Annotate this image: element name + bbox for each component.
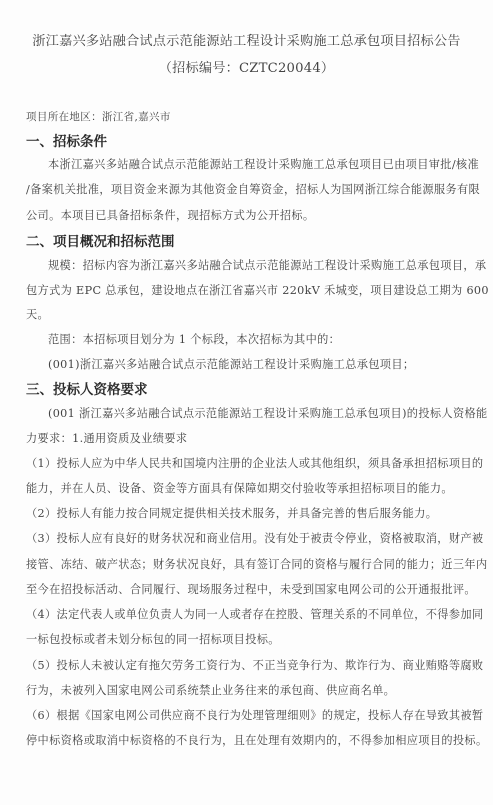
paragraph-line: 本浙江嘉兴多站融合试点示范能源站工程设计采购施工总承包项目已由项目审批/核准 xyxy=(48,156,479,172)
paragraph-line: （2）投标人有能力按合同规定提供相关技术服务，并具备完善的售后服务能力。 xyxy=(26,505,437,521)
paragraph-line: 能力，并在人员、设备、资金等方面具有保障如期交付验收等承担招标项目的能力。 xyxy=(26,480,453,496)
paragraph-line: 天。 xyxy=(26,306,49,322)
paragraph-line: 停中标资格或取消中标资格的不良行为，且在处理有效期内的，不得参加相应项目的投标。 xyxy=(26,732,488,748)
paragraph-line: （4）法定代表人或单位负责人为同一人或者存在控股、管理关系的不同单位，不得参加同 xyxy=(26,606,483,622)
paragraph-line: (001)浙江嘉兴多站融合试点示范能源站工程设计采购施工总承包项目； xyxy=(48,356,414,372)
paragraph-line: （5）投标人未被认定有拖欠劳务工资行为、不正当竞争行为、欺诈行为、商业贿赂等腐败 xyxy=(26,657,483,673)
tender-announcement-page: 浙江嘉兴多站融合试点示范能源站工程设计采购施工总承包项目招标公告 （招标编号：C… xyxy=(0,0,493,805)
paragraph-line: 公司。本项目已具备招标条件，现招标方式为公开招标。 xyxy=(26,207,314,223)
paragraph-line: 包方式为 EPC 总承包，建设地点在浙江省嘉兴市 220kV 禾城变，项目建设总… xyxy=(26,282,493,298)
paragraph-line: 至今在招投标活动、合同履行、现场服务过程中，未受到国家电网公司的公开通报批评。 xyxy=(26,581,476,597)
paragraph-line: (001 浙江嘉兴多站融合试点示范能源站工程设计采购施工总承包项目)的投标人资格… xyxy=(48,405,488,421)
paragraph-line: 规模：招标内容为浙江嘉兴多站融合试点示范能源站工程设计采购施工总承包项目，承 xyxy=(48,257,486,273)
paragraph-line: （1）投标人应为中华人民共和国境内注册的企业法人或其他组织，须具备承担招标项目的 xyxy=(26,455,483,471)
section-heading-bidding-conditions: 一、招标条件 xyxy=(26,130,107,150)
document-title: 浙江嘉兴多站融合试点示范能源站工程设计采购施工总承包项目招标公告 xyxy=(0,30,493,49)
section-heading-project-overview: 二、项目概况和招标范围 xyxy=(26,230,175,250)
paragraph-line: 范围：本招标项目划分为 1 个标段，本次招标为其中的： xyxy=(48,331,340,347)
bid-number: （招标编号：CZTC20044） xyxy=(0,57,493,76)
paragraph-line: 行为，未被列入国家电网公司系统禁止业务往来的承包商、供应商名单。 xyxy=(26,682,395,698)
paragraph-line: （3）投标人应有良好的财务状况和商业信用。没有处于被责令停业，资格被取消，财产被 xyxy=(26,530,483,546)
paragraph-line: /备案机关批准，项目资金来源为其他资金自筹资金，招标人为国网浙江综合能源服务有限 xyxy=(26,181,480,197)
project-location: 项目所在地区：浙江省,嘉兴市 xyxy=(26,109,171,124)
paragraph-line: （6）根据《国家电网公司供应商不良行为处理管理细则》的规定，投标人存在导致其被暂 xyxy=(26,707,483,723)
paragraph-line: 力要求：1.通用资质及业绩要求 xyxy=(26,430,187,446)
paragraph-line: 一标包投标或者未划分标包的同一招标项目投标。 xyxy=(26,631,280,647)
paragraph-line: 接管、冻结、破产状态；财务状况良好，具有签订合同的资格与履行合同的能力；近三年内 xyxy=(26,556,488,572)
section-heading-bidder-qualifications: 三、投标人资格要求 xyxy=(26,378,148,398)
